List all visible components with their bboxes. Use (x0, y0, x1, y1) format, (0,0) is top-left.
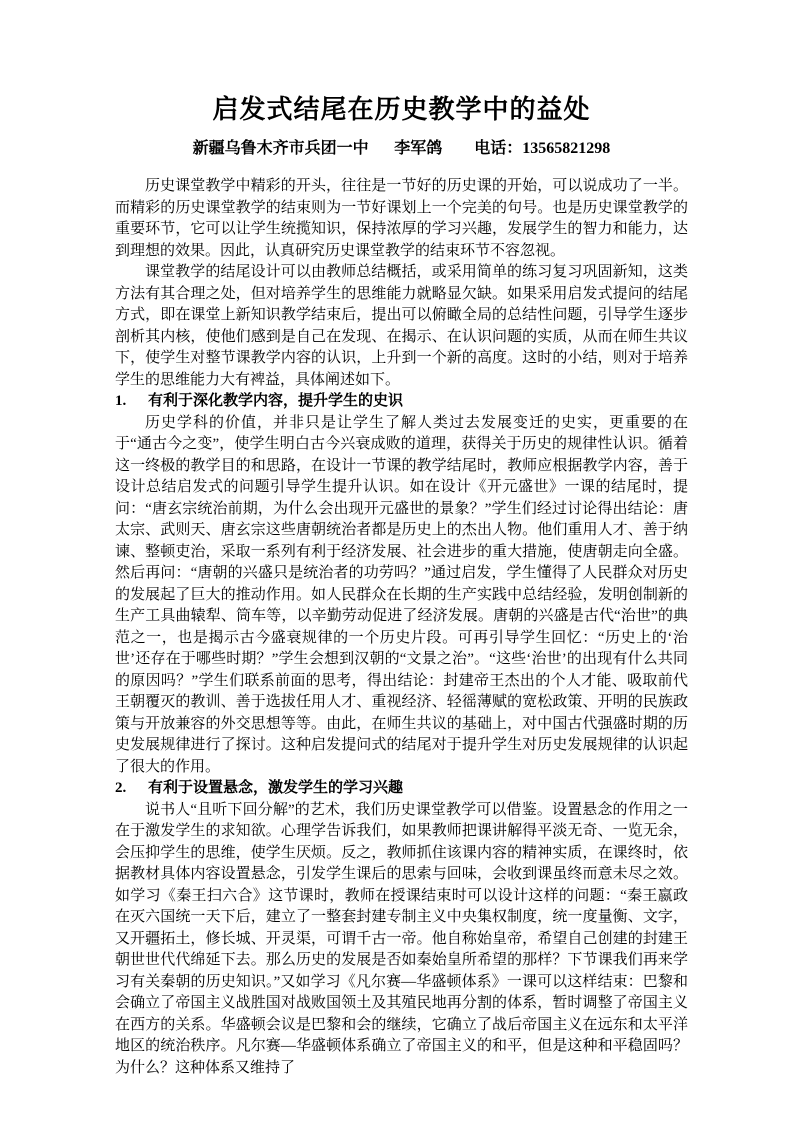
section-2-title: 有利于设置悬念，激发学生的学习兴趣 (148, 780, 403, 796)
phone-number: 电话：13565821298 (474, 140, 610, 157)
section-1-number: 1. (115, 391, 148, 413)
byline: 新疆乌鲁木齐市兵团一中李军鸽电话：13565821298 (115, 138, 688, 160)
section-2-number: 2. (115, 778, 148, 800)
paragraph-section-1: 历史学科的价值，并非只是让学生了解人类过去发展变迁的史实，更重要的在于“通古今之… (115, 413, 688, 779)
paragraph-intro-1: 历史课堂教学中精彩的开头，往往是一节好的历史课的开始，可以说成功了一半。而精彩的… (115, 176, 688, 262)
section-heading-2: 2.有利于设置悬念，激发学生的学习兴趣 (115, 778, 688, 800)
paragraph-intro-2: 课堂教学的结尾设计可以由教师总结概括，或采用简单的练习复习巩固新知，这类方法有其… (115, 262, 688, 391)
document-title: 启发式结尾在历史教学中的益处 (115, 92, 688, 128)
document-page: 启发式结尾在历史教学中的益处 新疆乌鲁木齐市兵团一中李军鸽电话：13565821… (0, 0, 800, 1132)
paragraph-section-2: 说书人“且听下回分解”的艺术，我们历史课堂教学可以借鉴。设置悬念的作用之一在于激… (115, 800, 688, 1080)
section-1-title: 有利于深化教学内容，提升学生的史识 (148, 393, 403, 409)
section-heading-1: 1.有利于深化教学内容，提升学生的史识 (115, 391, 688, 413)
author-name: 李军鸽 (394, 140, 442, 157)
author-affiliation: 新疆乌鲁木齐市兵团一中 (193, 140, 369, 157)
